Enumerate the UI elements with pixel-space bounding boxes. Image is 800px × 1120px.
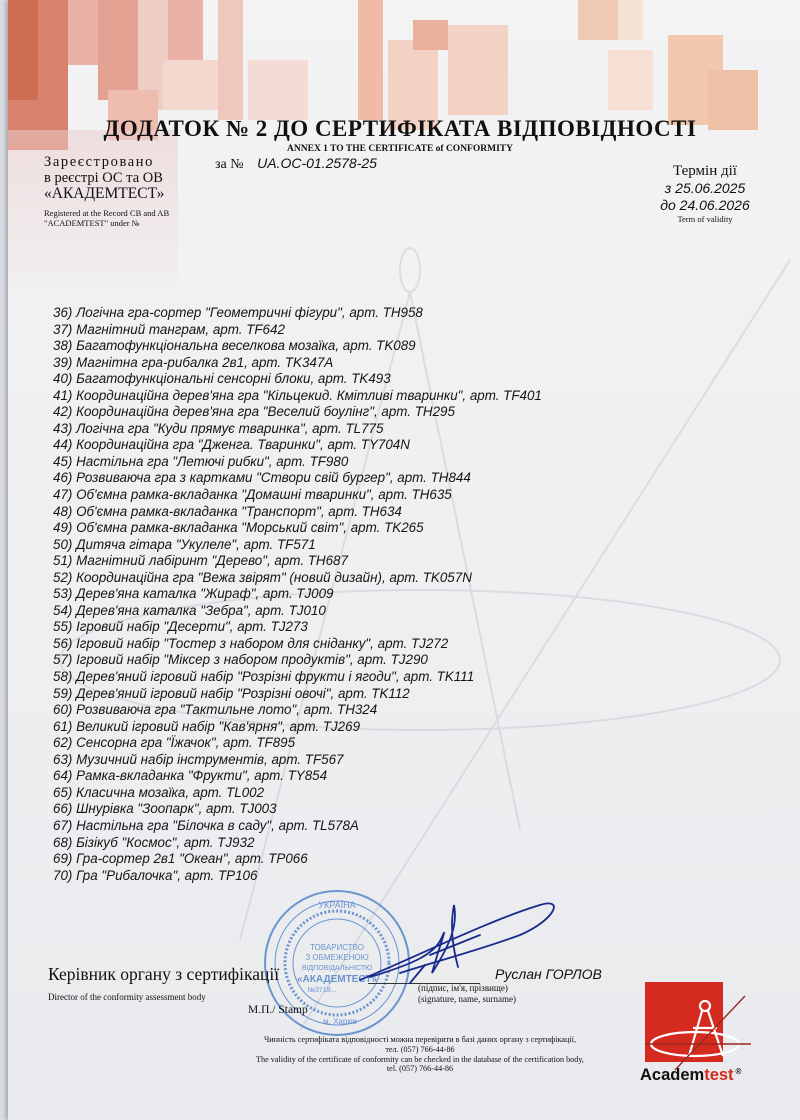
list-item: 53) Дерев'яна каталка "Жираф", арт. TJ00… <box>53 586 542 603</box>
term-of-validity: Термін дії з 25.06.2025 до 24.06.2026 Te… <box>650 163 760 224</box>
document-subtitle: ANNEX 1 TO THE CERTIFICATE of CONFORMITY <box>0 144 800 154</box>
validity-footer: Чинність сертифіката відповідності можна… <box>150 1035 690 1074</box>
handwritten-signature-icon <box>330 885 560 995</box>
list-item: 37) Магнітний танграм, арт. TF642 <box>53 322 542 339</box>
term-from: з 25.06.2025 <box>650 180 760 197</box>
registered-line-1: Зареєстровано <box>44 155 164 171</box>
registered-line-2: в реєстрі ОС та ОВ <box>44 171 164 187</box>
list-item: 61) Великий ігровий набір "Кав'ярня", ар… <box>53 719 542 736</box>
term-to: до 24.06.2026 <box>650 197 760 214</box>
list-item: 63) Музичний набір інструментів, арт. TF… <box>53 752 542 769</box>
list-item: 62) Сенсорна гра "Їжачок", арт. TF895 <box>53 735 542 752</box>
director-label: Керівник органу з сертифікації <box>48 964 279 985</box>
term-label: Термін дії <box>650 163 760 180</box>
logo-brand-dark: Academ <box>640 1066 704 1084</box>
list-item: 68) Бізікуб "Космос", арт. TJ932 <box>53 835 542 852</box>
certificate-number-value: UA.OC-01.2578-25 <box>257 155 377 171</box>
list-item: 56) Ігровий набір "Тостер з набором для … <box>53 636 542 653</box>
list-item: 55) Ігровий набір "Десерти", арт. TJ273 <box>53 619 542 636</box>
list-item: 50) Дитяча гітара "Укулеле", арт. TF571 <box>53 537 542 554</box>
list-item: 57) Ігровий набір "Міксер з набором прод… <box>53 652 542 669</box>
list-item: 39) Магнітна гра-рибалка 2в1, арт. TK347… <box>53 355 542 372</box>
list-item: 43) Логічна гра "Куди прямує тваринка", … <box>53 421 542 438</box>
list-item: 41) Координаційна дерев'яна гра "Кільцек… <box>53 388 542 405</box>
footer-line-2: тел. (057) 766-44-86 <box>150 1045 690 1055</box>
certificate-number-prefix: за № <box>215 157 244 172</box>
list-item: 67) Настільна гра "Білочка в саду", арт.… <box>53 818 542 835</box>
list-item: 49) Об'ємна рамка-вкладанка "Морський св… <box>53 520 542 537</box>
registered-mark: ® <box>736 1067 742 1076</box>
registered-en-line-2: "ACADEMTEST" under № <box>44 218 169 228</box>
list-item: 60) Розвиваюча гра "Тактильне лото", арт… <box>53 702 542 719</box>
list-item: 48) Об'ємна рамка-вкладанка "Транспорт",… <box>53 504 542 521</box>
list-item: 36) Логічна гра-сортер "Геометричні фігу… <box>53 305 542 322</box>
registration-block-en: Registered at the Record CB and AB "ACAD… <box>44 208 169 228</box>
certificate-number: за № UA.OC-01.2578-25 <box>215 155 377 173</box>
term-label-en: Term of validity <box>650 214 760 224</box>
list-item: 52) Координаційна гра "Вежа звірят" (нов… <box>53 570 542 587</box>
list-item: 64) Рамка-вкладанка "Фрукти", арт. TY854 <box>53 768 542 785</box>
signature-hint-en: (signature, name, surname) <box>418 994 516 1005</box>
product-list: 36) Логічна гра-сортер "Геометричні фігу… <box>53 305 542 884</box>
list-item: 54) Дерев'яна каталка "Зебра", арт. TJ01… <box>53 603 542 620</box>
logo-brand-red: test <box>704 1066 733 1084</box>
stamp-label: М.П./ Stamp <box>248 1004 308 1016</box>
list-item: 66) Шнурівка "Зоопарк", арт. TJ003 <box>53 801 542 818</box>
list-item: 38) Багатофункціональна веселкова мозаїк… <box>53 338 542 355</box>
list-item: 59) Дерев'яний ігровий набір "Розрізні о… <box>53 686 542 703</box>
list-item: 65) Класична мозаїка, арт. TL002 <box>53 785 542 802</box>
footer-line-3: The validity of the certificate of confo… <box>150 1055 690 1065</box>
list-item: 44) Координаційна гра "Дженга. Тваринки"… <box>53 437 542 454</box>
list-item: 58) Дерев'яний ігровий набір "Розрізні ф… <box>53 669 542 686</box>
list-item: 51) Магнітний лабіринт "Дерево", арт. TH… <box>53 553 542 570</box>
registration-block: Зареєстровано в реєстрі ОС та ОВ «АКАДЕМ… <box>44 155 164 202</box>
footer-line-1: Чинність сертифіката відповідності можна… <box>150 1035 690 1045</box>
footer-line-4: tel. (057) 766-44-86 <box>150 1064 690 1074</box>
list-item: 70) Гра "Рибалочка", арт. TP106 <box>53 868 542 885</box>
director-label-en: Director of the conformity assessment bo… <box>48 992 206 1002</box>
registered-en-line-1: Registered at the Record CB and AB <box>44 208 169 218</box>
list-item: 42) Координаційна дерев'яна гра "Веселий… <box>53 404 542 421</box>
list-item: 40) Багатофункціональні сенсорні блоки, … <box>53 371 542 388</box>
academtest-logo-text: Academtest® <box>640 1066 741 1085</box>
registered-line-3: «АКАДЕМТЕСТ» <box>44 186 164 202</box>
list-item: 46) Розвиваюча гра з картками "Створи св… <box>53 470 542 487</box>
list-item: 69) Гра-сортер 2в1 "Океан", арт. TP066 <box>53 851 542 868</box>
list-item: 45) Настільна гра "Летючі рибки", арт. T… <box>53 454 542 471</box>
document-title: ДОДАТОК № 2 ДО СЕРТИФІКАТА ВІДПОВІДНОСТІ <box>0 116 800 142</box>
svg-text:м. Харків: м. Харків <box>323 1017 357 1026</box>
list-item: 47) Об'ємна рамка-вкладанка "Домашні тва… <box>53 487 542 504</box>
